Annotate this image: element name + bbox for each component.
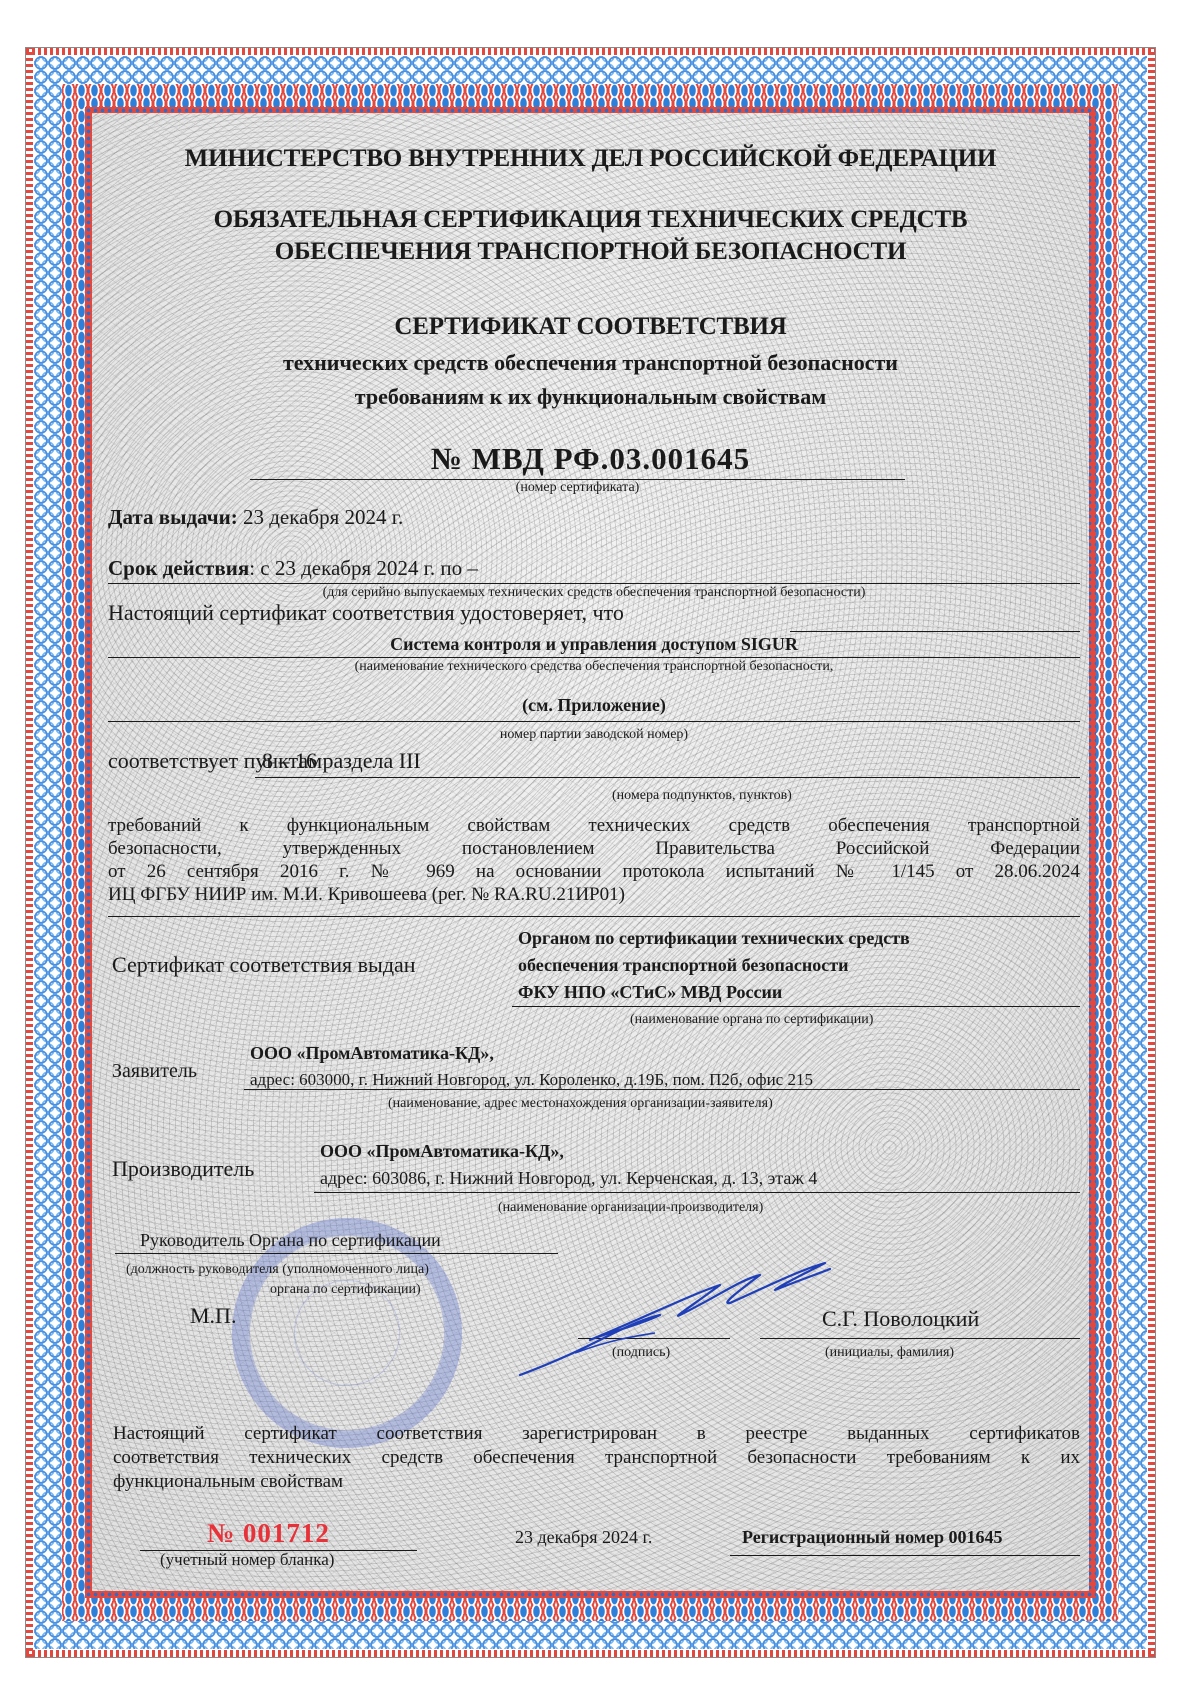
issuer-caption: (наименование органа по сертификации): [630, 1012, 873, 1028]
signatory-name: С.Г. Поволоцкий: [822, 1306, 979, 1332]
certificate-number-caption: (номер сертификата): [250, 480, 905, 496]
signatory-position: Руководитель Органа по сертификации: [140, 1230, 441, 1251]
certificate-content: МИНИСТЕРСТВО ВНУТРЕННИХ ДЕЛ РОССИЙСКОЙ Ф…: [0, 0, 1190, 1682]
product-name: Система контроля и управления доступом S…: [108, 634, 1080, 655]
validity-value: : с 23 декабря 2024 г. по –: [249, 556, 478, 580]
registry-date: 23 декабря 2024 г.: [515, 1527, 652, 1548]
validity-label: Срок действия: [108, 556, 249, 580]
signature-mark: [480, 1245, 840, 1385]
signatory-position-caption-1: (должность руководителя (уполномоченного…: [126, 1262, 429, 1278]
registry-line-2: соответствия технических средств обеспеч…: [113, 1447, 1080, 1469]
manufacturer-name: ООО «ПромАвтоматика-КД»,: [320, 1141, 564, 1162]
product-caption: (наименование технического средства обес…: [108, 659, 1080, 675]
form-number-caption: (учетный номер бланка): [160, 1550, 334, 1570]
registry-line-3: функциональным свойствам: [113, 1471, 343, 1493]
issue-date: Дата выдачи: 23 декабря 2024 г.: [108, 505, 403, 530]
issuer-label: Сертификат соответствия выдан: [112, 952, 416, 978]
conformity-value: 8 – 16 раздела III: [262, 748, 421, 774]
requirements-underline: [108, 916, 1080, 917]
requirements-line-4: ИЦ ФГБУ НИИР им. М.И. Кривошеева (рег. №…: [108, 884, 625, 906]
certification-title-line2: ОБЕСПЕЧЕНИЯ ТРАНСПОРТНОЙ БЕЗОПАСНОСТИ: [92, 238, 1089, 266]
certification-title-line1: ОБЯЗАТЕЛЬНАЯ СЕРТИФИКАЦИЯ ТЕХНИЧЕСКИХ СР…: [92, 206, 1089, 234]
validity-underline: [108, 583, 1080, 584]
seal-label: М.П.: [190, 1303, 236, 1329]
product-name-underline: [108, 657, 1080, 658]
validity-caption: (для серийно выпускаемых технических сре…: [108, 585, 1080, 601]
requirements-line-2: безопасности, утвержденных постановление…: [108, 838, 1080, 860]
issuer-name-line2: обеспечения транспортной безопасности: [518, 955, 848, 976]
conformity-underline: [255, 777, 1080, 778]
issuer-name-line1: Органом по сертификации технических сред…: [518, 928, 910, 949]
batch-value: (см. Приложение): [108, 695, 1080, 716]
issue-date-label: Дата выдачи:: [108, 505, 238, 529]
certificate-number: № МВД РФ.03.001645: [92, 441, 1089, 477]
document-subtitle-line2: требованиям к их функциональным свойства…: [92, 384, 1089, 410]
applicant-address: адрес: 603000, г. Нижний Новгород, ул. К…: [250, 1070, 813, 1090]
registration-number-underline: [730, 1555, 1080, 1556]
certifies-intro: Настоящий сертификат соответствия удосто…: [108, 600, 624, 626]
signatory-name-caption: (инициалы, фамилия): [825, 1345, 954, 1361]
batch-caption: номер партии заводской номер): [108, 727, 1080, 743]
manufacturer-label: Производитель: [112, 1156, 254, 1182]
applicant-name: ООО «ПромАвтоматика-КД»,: [250, 1043, 494, 1064]
manufacturer-caption: (наименование организации-производителя): [498, 1200, 763, 1216]
ministry-title: МИНИСТЕРСТВО ВНУТРЕННИХ ДЕЛ РОССИЙСКОЙ Ф…: [92, 145, 1089, 173]
validity: Срок действия: с 23 декабря 2024 г. по –: [108, 556, 478, 581]
batch-underline: [108, 721, 1080, 722]
certifies-intro-underline: [790, 631, 1080, 632]
form-number: № 001712: [207, 1518, 330, 1549]
document-subtitle-line1: технических средств обеспечения транспор…: [92, 350, 1089, 376]
applicant-caption: (наименование, адрес местонахождения орг…: [388, 1096, 773, 1112]
issuer-name-line3: ФКУ НПО «СТиС» МВД России: [518, 982, 782, 1003]
issuer-underline: [512, 1006, 1080, 1007]
applicant-label: Заявитель: [112, 1060, 197, 1083]
requirements-line-1: требований к функциональным свойствам те…: [108, 815, 1080, 837]
signatory-position-caption-2: органа по сертификации): [270, 1282, 421, 1298]
document-title: СЕРТИФИКАТ СООТВЕТСТВИЯ: [92, 313, 1089, 341]
conformity-caption: (номера подпунктов, пунктов): [612, 788, 792, 804]
registry-line-1: Настоящий сертификат соответствия зареги…: [113, 1423, 1080, 1445]
manufacturer-address: адрес: 603086, г. Нижний Новгород, ул. К…: [320, 1168, 817, 1189]
applicant-underline: [244, 1089, 1080, 1090]
manufacturer-underline: [314, 1192, 1080, 1193]
registration-number: Регистрационный номер 001645: [742, 1527, 1003, 1548]
issue-date-value: 23 декабря 2024 г.: [243, 505, 403, 529]
requirements-line-3: от 26 сентября 2016 г. № 969 на основани…: [108, 861, 1080, 883]
